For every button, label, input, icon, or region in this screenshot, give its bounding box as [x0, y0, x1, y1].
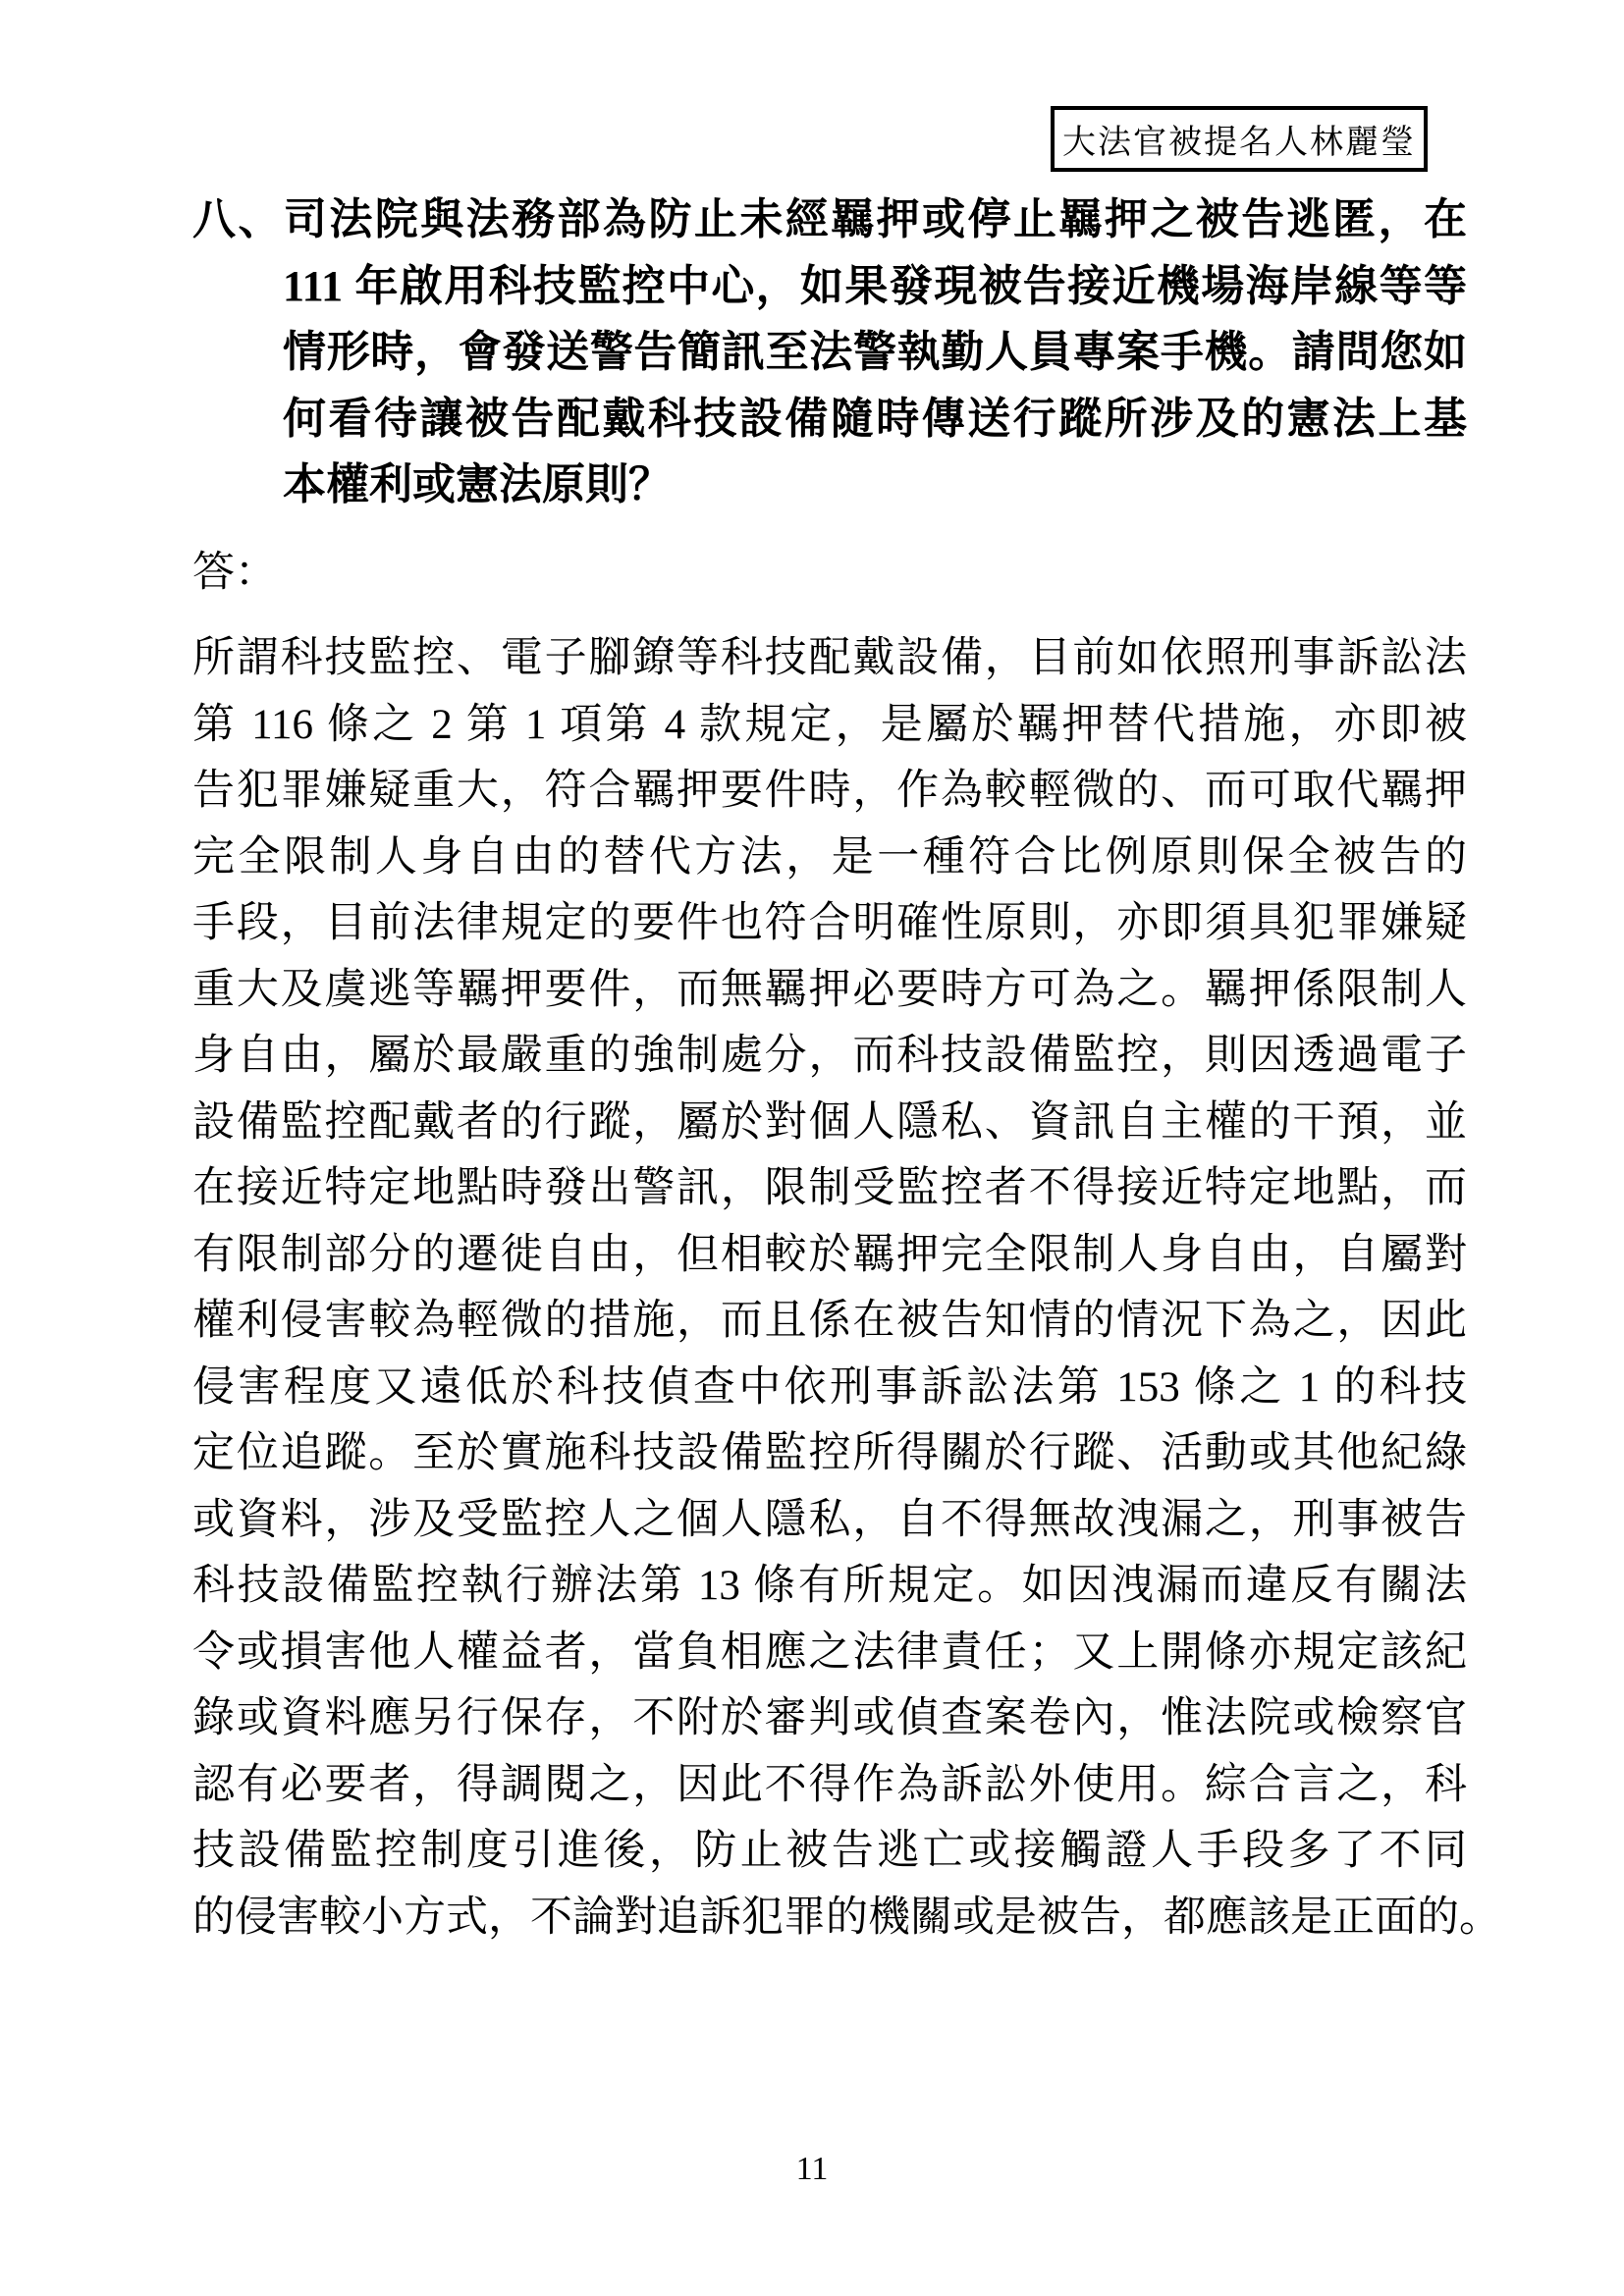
answer-line: 侵害程度又遠低於科技偵查中依刑事訴訟法第 153 條之 1 的科技: [192, 1355, 1467, 1421]
answer-line: 科技設備監控執行辦法第 13 條有所規定。如因洩漏而違反有關法: [192, 1553, 1467, 1620]
question-line: 111 年啟用科技監控中心，如果發現被告接近機場海岸線等等: [283, 253, 1467, 320]
answer-line: 的侵害較小方式，不論對追訴犯罪的機關或是被告，都應該是正面的。: [192, 1885, 1467, 1951]
answer-line: 認有必要者，得調閱之，因此不得作為訴訟外使用。綜合言之，科: [192, 1752, 1467, 1819]
question-first-line-text: 司法院與法務部為防止未經羈押或停止羈押之被告逃匿，在: [284, 195, 1467, 243]
answer-line: 令或損害他人權益者，當負相應之法律責任；又上開條亦規定該紀: [192, 1620, 1467, 1686]
question-line: 何看待讓被告配戴科技設備隨時傳送行蹤所涉及的憲法上基: [283, 386, 1467, 453]
answer-line: 所謂科技監控、電子腳鐐等科技配戴設備，目前如依照刑事訴訟法: [192, 625, 1467, 692]
question-line: 本權利或憲法原則？: [283, 452, 1467, 518]
page-number: 11: [0, 2152, 1624, 2187]
answer-line: 告犯罪嫌疑重大，符合羈押要件時，作為較輕微的、而可取代羈押: [192, 758, 1467, 825]
nominee-header-box: 大法官被提名人林麗瑩: [1051, 106, 1428, 172]
answer-line: 身自由，屬於最嚴重的強制處分，而科技設備監控，則因透過電子: [192, 1023, 1467, 1090]
answer-line: 重大及虞逃等羈押要件，而無羈押必要時方可為之。羈押係限制人: [192, 957, 1467, 1024]
question-block: 八、司法院與法務部為防止未經羈押或停止羈押之被告逃匿，在 111 年啟用科技監控…: [192, 187, 1467, 518]
answer-line: 完全限制人身自由的替代方法，是一種符合比例原則保全被告的: [192, 825, 1467, 891]
answer-block: 所謂科技監控、電子腳鐐等科技配戴設備，目前如依照刑事訴訟法第 116 條之 2 …: [192, 625, 1467, 1950]
answer-line: 有限制部分的遷徙自由，但相較於羈押完全限制人身自由，自屬對: [192, 1222, 1467, 1289]
answer-line: 定位追蹤。至於實施科技設備監控所得關於行蹤、活動或其他紀綠: [192, 1420, 1467, 1487]
answer-label: 答：: [192, 540, 1467, 607]
nominee-header-text: 大法官被提名人林麗瑩: [1062, 115, 1416, 163]
question-first-line: 八、司法院與法務部為防止未經羈押或停止羈押之被告逃匿，在: [192, 187, 1467, 253]
document-page: 大法官被提名人林麗瑩 八、司法院與法務部為防止未經羈押或停止羈押之被告逃匿，在 …: [0, 0, 1624, 2296]
answer-line: 設備監控配戴者的行蹤，屬於對個人隱私、資訊自主權的干預，並: [192, 1090, 1467, 1156]
question-line: 情形時，會發送警告簡訊至法警執勤人員專案手機。請問您如: [283, 319, 1467, 386]
answer-line: 手段，目前法律規定的要件也符合明確性原則，亦即須具犯罪嫌疑: [192, 890, 1467, 957]
answer-line: 權利侵害較為輕微的措施，而且係在被告知情的情況下為之，因此: [192, 1288, 1467, 1355]
question-continuation-lines: 111 年啟用科技監控中心，如果發現被告接近機場海岸線等等情形時，會發送警告簡訊…: [192, 253, 1467, 518]
answer-line: 第 116 條之 2 第 1 項第 4 款規定，是屬於羈押替代措施，亦即被: [192, 692, 1467, 759]
answer-line: 技設備監控制度引進後，防止被告逃亡或接觸證人手段多了不同: [192, 1818, 1467, 1885]
answer-line: 錄或資料應另行保存，不附於審判或偵查案卷內，惟法院或檢察官: [192, 1685, 1467, 1752]
question-number: 八、: [192, 195, 284, 243]
answer-line: 或資料，涉及受監控人之個人隱私，自不得無故洩漏之，刑事被告: [192, 1487, 1467, 1554]
answer-line: 在接近特定地點時發出警訊，限制受監控者不得接近特定地點，而: [192, 1155, 1467, 1222]
